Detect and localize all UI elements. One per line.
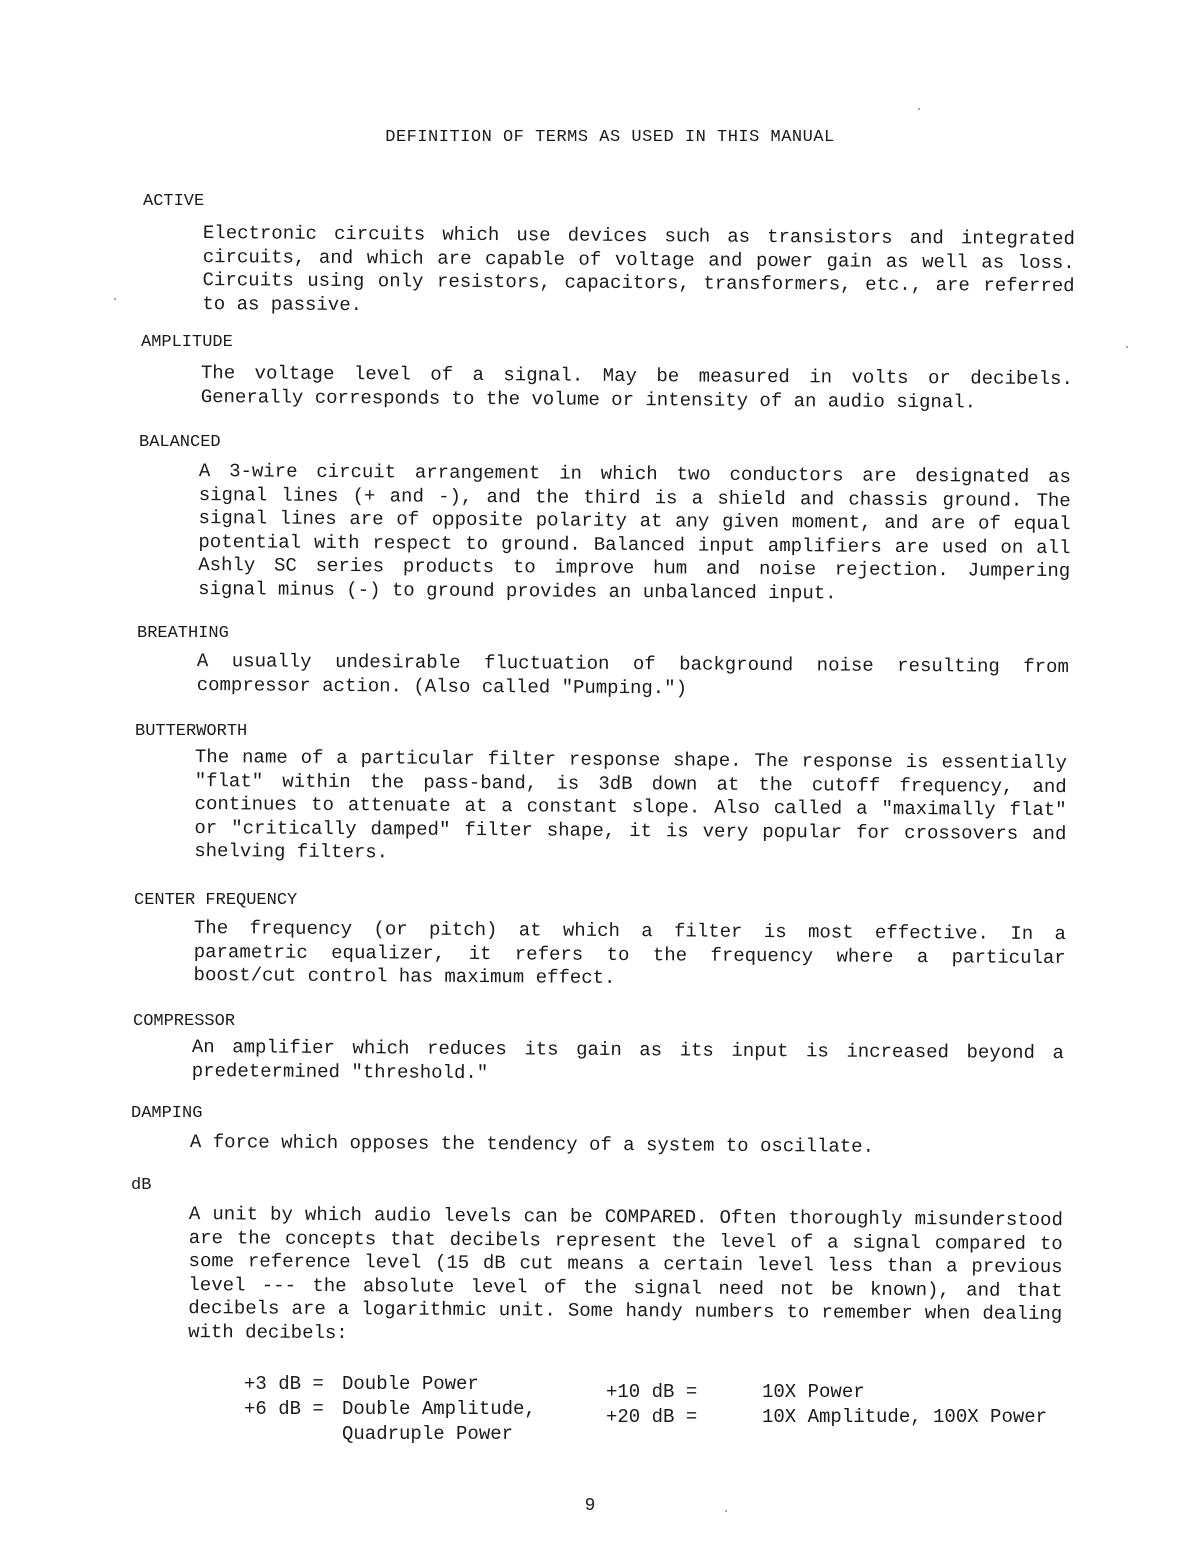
scan-speck [918, 108, 920, 110]
db-key [244, 1422, 342, 1447]
db-value: 10X Amplitude, 100X Power [762, 1405, 1047, 1430]
db-table-left: +3 dB = Double Power +6 dB = Double Ampl… [244, 1372, 536, 1447]
scan-speck [725, 1510, 727, 1512]
term-damping: DAMPING [131, 1104, 202, 1123]
definition-compressor: An amplifier which reduces its gain as i… [192, 1036, 1064, 1089]
definition-amplitude: The voltage level of a signal. May be me… [201, 362, 1073, 415]
term-balanced: BALANCED [139, 433, 221, 452]
term-breathing: BREATHING [137, 624, 229, 643]
db-row: +10 dB = 10X Power [606, 1380, 1047, 1405]
db-row: +6 dB = Double Amplitude, [244, 1397, 536, 1422]
definition-db: A unit by which audio levels can be COMP… [188, 1203, 1063, 1350]
scan-speck [1126, 346, 1128, 348]
db-key: +6 dB = [244, 1397, 342, 1422]
definition-damping: A force which opposes the tendency of a … [190, 1131, 1062, 1161]
term-db: dB [131, 1176, 151, 1195]
db-key: +20 dB = [606, 1405, 762, 1430]
definition-balanced: A 3-wire circuit arrangement in which tw… [198, 460, 1071, 607]
db-value: Double Amplitude, [342, 1397, 536, 1422]
db-row: +3 dB = Double Power [244, 1372, 536, 1397]
db-key: +10 dB = [606, 1380, 762, 1405]
definition-active: Electronic circuits which use devices su… [202, 222, 1075, 322]
db-value: Quadruple Power [342, 1422, 513, 1447]
db-value: 10X Power [762, 1380, 865, 1405]
db-row: Quadruple Power [244, 1422, 536, 1447]
page-number: 9 [0, 1496, 1180, 1516]
term-active: ACTIVE [143, 192, 204, 211]
db-row: +20 dB = 10X Amplitude, 100X Power [606, 1405, 1047, 1430]
db-key: +3 dB = [244, 1372, 342, 1397]
definition-center-frequency: The frequency (or pitch) at which a filt… [194, 917, 1066, 994]
term-center-frequency: CENTER FREQUENCY [134, 891, 297, 910]
term-compressor: COMPRESSOR [133, 1012, 235, 1031]
db-value: Double Power [342, 1372, 479, 1397]
definition-butterworth: The name of a particular filter response… [194, 746, 1067, 870]
page-title: DEFINITION OF TERMS AS USED IN THIS MANU… [0, 128, 1200, 147]
definition-breathing: A usually undesirable fluctuation of bac… [197, 650, 1069, 703]
term-amplitude: AMPLITUDE [141, 333, 233, 352]
term-butterworth: BUTTERWORTH [135, 722, 247, 741]
db-table-right: +10 dB = 10X Power +20 dB = 10X Amplitud… [606, 1380, 1047, 1430]
scan-speck [114, 298, 116, 300]
